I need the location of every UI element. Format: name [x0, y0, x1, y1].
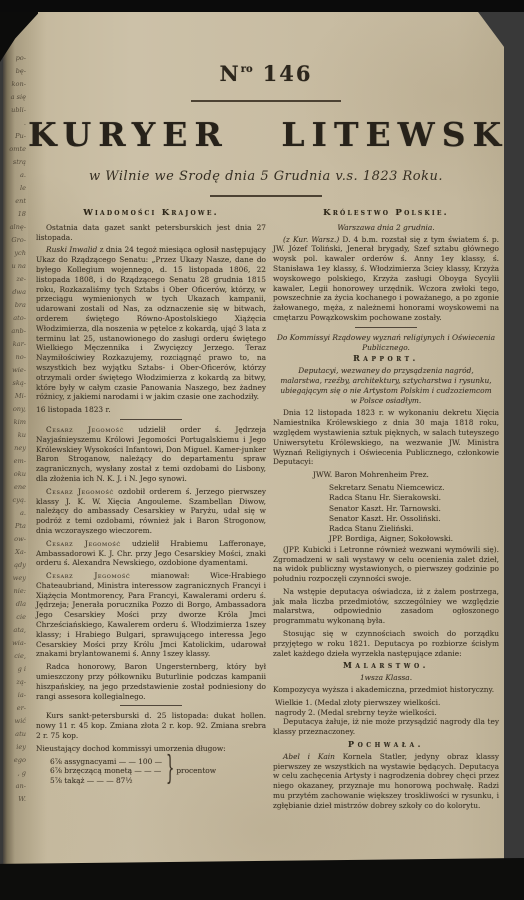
- address-to-commission: Do Kommissyi Rządowey wyznań religiynych…: [273, 333, 499, 353]
- previous-page-text-fragments: po-bę-kon-a sięubli-.Pu-omtestrąa.leent1…: [3, 24, 29, 852]
- paragraph-exchange-rates: Kurs sankt-petersburski d. 25 listopada:…: [36, 711, 266, 740]
- scan-border-top: [0, 0, 524, 12]
- paragraph-gazette-date: Ostatnia data gazet sankt petersburskich…: [36, 223, 266, 243]
- masthead-rule: [191, 100, 341, 102]
- issue-superscript: ro: [241, 64, 253, 75]
- class-heading: 1wsza Klassa.: [273, 673, 499, 683]
- rates-rows: 6⅞ assygnacyami — — 100 —6⅞ brzęczącą mo…: [36, 757, 162, 786]
- scan-border-bottom: [0, 858, 524, 900]
- column-divider-rule: [120, 705, 182, 706]
- section-heading-kingdom-of-poland: Królestwo Polskie.: [273, 209, 499, 219]
- issue-prefix: N: [220, 61, 241, 86]
- article-columns: Wiadomości Krajowe. Ostatnia data gazet …: [28, 197, 504, 814]
- date-note: 16 listopada 1823 r.: [36, 405, 266, 415]
- paragraph-obituary: (z Kur. Warsz.) D. 4 b.m. rozstał się z …: [273, 235, 499, 323]
- paragraph-obituary-text: D. 4 b.m. rozstał się z tym światem ś. p…: [273, 235, 499, 322]
- paragraph-procedure: Stosując się w czynnościach swoich do po…: [273, 629, 499, 658]
- left-column: Wiadomości Krajowe. Ostatnia data gazet …: [36, 208, 266, 814]
- column-divider-rule: [120, 419, 182, 420]
- previous-page-edge: po-bę-kon-a sięubli-.Pu-omtestrąa.leent1…: [3, 24, 29, 866]
- deputation-members-list: Sekretarz Senatu Niemcewicz.Radca Stanu …: [273, 483, 499, 544]
- right-column: Królestwo Polskie. Warszawa dnia 2 grudn…: [273, 208, 499, 814]
- paragraph-ukaz-text: z dnia 24 tegoż miesiąca ogłosił następu…: [36, 245, 266, 401]
- paragraph-order-lafferonaye: Cesarz Jegomość udzielił Hrabiemu Laffer…: [36, 539, 266, 568]
- city-dateline: Warszawa dnia 2 grudnia.: [273, 223, 499, 233]
- newspaper-page: Nro146 KURYER LITEWSKI w Wilnie we Srodę…: [28, 11, 504, 864]
- lead-cesarz: Cesarz Jegomość: [46, 571, 130, 580]
- rates-brace-label: procentow: [176, 766, 216, 776]
- paragraph-order-portugal: Cesarz Jegomość udzielił order ś. Jędrze…: [36, 425, 266, 484]
- paragraph-nominations-text: mianował: Wice-Hrabiego Chateaubriand, M…: [36, 571, 266, 658]
- section-painting: Malarstwo.: [273, 661, 499, 671]
- paragraph-class-description: Kompozycya wyższa i akademiczna, przedmi…: [273, 685, 499, 695]
- issue-num: 146: [263, 61, 313, 86]
- lead-source: (z Kur. Warsz.): [283, 235, 339, 244]
- column-divider-rule: [355, 327, 417, 328]
- paragraph-baron: Radca honorowy, Baron Ungersternberg, kt…: [36, 662, 266, 701]
- medal-line-silver: nagrody 2. (Medal srebrny teyże wielkośc…: [273, 708, 499, 718]
- paragraph-order-angouleme: Cesarz Jegomość ozdobił orderem ś. Jerze…: [36, 487, 266, 536]
- lead-cesarz: Cesarz Jegomość: [46, 539, 121, 548]
- paragraph-sinking-fund: Nieustający dochod kommissyi umorzenia d…: [36, 744, 266, 754]
- section-heading-domestic-news: Wiadomości Krajowe.: [36, 209, 266, 219]
- deputation-intro: Deputacyi, wezwaney do przysądzenia nagr…: [277, 366, 495, 405]
- paragraph-nominations: Cesarz Jegomość mianował: Wice-Hrabiego …: [36, 571, 266, 659]
- lead-cesarz: Cesarz Jegomość: [46, 425, 124, 434]
- lead-abel-kain: Abel i Kain: [283, 752, 335, 761]
- paragraph-session: (JPP. Kubicki i Letronne również wezwani…: [273, 545, 499, 584]
- brace-glyph: }: [166, 759, 174, 783]
- president-line: JWW. Baron Mohrenheim Prez.: [273, 470, 499, 480]
- paragraph-no-award: Deputacya żałuje, iż nie może przysądzić…: [273, 717, 499, 737]
- rapport-heading: Rapport.: [273, 354, 499, 364]
- medal-line-gold: Wielkie 1. (Medal złoty pierwszey wielko…: [273, 698, 499, 708]
- paragraph-decree: Dnia 12 listopada 1823 r. w wykonaniu de…: [273, 408, 499, 467]
- scanned-newspaper: po-bę-kon-a sięubli-.Pu-omtestrąa.leent1…: [0, 0, 524, 900]
- masthead: Nro146 KURYER LITEWSKI w Wilnie we Srodę…: [28, 61, 504, 197]
- rates-table: 6⅞ assygnacyami — — 100 —6⅞ brzęczącą mo…: [36, 757, 266, 786]
- newspaper-title: KURYER LITEWSKI: [28, 115, 504, 154]
- paragraph-regret: Na wstępie deputacya oświadcza, iż z żal…: [273, 587, 499, 626]
- lead-ruski-inwalid: Ruski Inwalid: [46, 245, 97, 254]
- publication-dateline: w Wilnie we Srodę dnia 5 Grudnia v.s. 18…: [28, 169, 504, 184]
- paragraph-ukaz: Ruski Inwalid z dnia 24 tegoż miesiąca o…: [36, 245, 266, 402]
- section-praise: Pochwała.: [273, 740, 499, 750]
- paragraph-statler: Abel i Kain Kornela Statler, jedyny obra…: [273, 752, 499, 811]
- issue-number: Nro146: [28, 61, 504, 86]
- lead-cesarz: Cesarz Jegomość: [46, 487, 114, 496]
